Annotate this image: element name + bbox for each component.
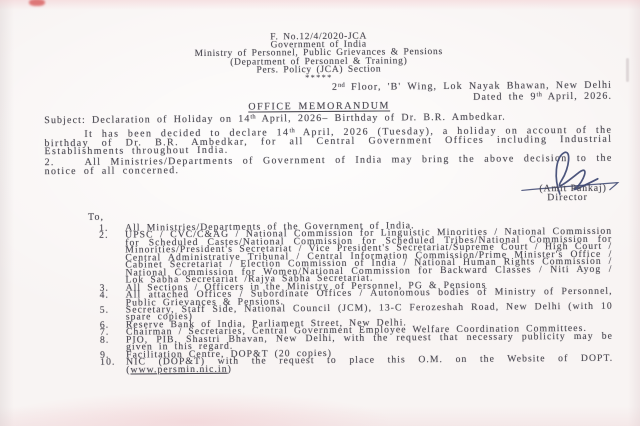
recipient-number: 10. bbox=[100, 359, 126, 374]
signatory-designation: Director bbox=[547, 192, 588, 203]
recipient-number: 2. bbox=[99, 232, 125, 284]
to-label: To, bbox=[88, 212, 104, 223]
recipient-item: 10. NIC (DOP&T) with the request to plac… bbox=[100, 355, 613, 374]
recipients-list: 1. All Ministries/Departments of the Gov… bbox=[99, 221, 613, 374]
recipient-url: www.persmin.nic.in bbox=[130, 363, 227, 375]
memo-content: F. No.12/4/2020-JCA Government of India … bbox=[0, 0, 640, 426]
recipient-text-post: ) bbox=[228, 363, 232, 374]
recipient-text: NIC (DOP&T) with the request to place th… bbox=[126, 355, 613, 374]
subject-text: Subject: Declaration of Holiday on 14 bbox=[44, 114, 250, 127]
recipient-item: 2. UPSC / CVC/C&AG / National Commission… bbox=[99, 228, 612, 284]
letterhead: F. No.12/4/2020-JCA Government of India … bbox=[0, 30, 639, 83]
subject-text-rest: April, 2026– Birthday of Dr. B.R. Ambedk… bbox=[256, 112, 506, 125]
recipient-text: UPSC / CVC/C&AG / National Commission fo… bbox=[125, 228, 612, 284]
scanned-memo-page: F. No.12/4/2020-JCA Government of India … bbox=[0, 0, 640, 426]
address-ordinal: nd bbox=[338, 82, 345, 89]
